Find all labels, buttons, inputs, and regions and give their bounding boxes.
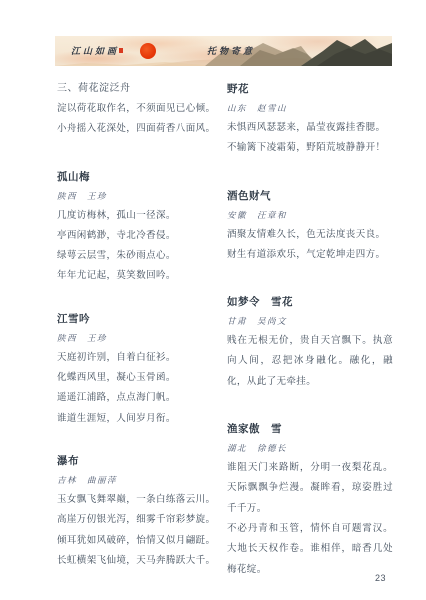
banner-title-center: 托物寄意 [207,44,255,57]
document-page: 江山如画 托物寄意 三、荷花淀泛舟 淀以荷花取作名，不须面见已心倾。 小舟摇入花… [0,0,426,600]
poem-jiangxueyin: 江雪吟 陕西 王珍 天庭初许别，自着白征衫。 化蝶西风里，凝心玉骨函。 遥遥江浦… [57,309,223,429]
poem-line: 未惧西风瑟瑟来，晶莹夜露挂香腮。 [227,118,393,138]
sun-icon [140,43,156,59]
poem-title: 野花 [227,79,393,99]
poem-line: 天庭初许别，自着白征衫。 [57,348,223,368]
left-column: 三、荷花淀泛舟 淀以荷花取作名，不须面见已心倾。 小舟摇入花深处，四面荷香八面风… [57,79,223,593]
poem-yehua: 野花 山东 赵雪山 未惧西风瑟瑟来，晶莹夜露挂香腮。 不输篱下凌霜菊，野陌荒坡静… [227,79,393,159]
poem-line: 高崖万仞银光泻，细雾千帘彩梦旋。 [57,510,223,530]
poem-line: 绿萼云层雪，朱砂雨点心。 [57,246,223,266]
poem-line: 长虹横架飞仙境，天马奔腾跃大千。 [57,551,223,571]
poem-line: 化蝶西风里，凝心玉骨函。 [57,368,223,388]
poem-author: 甘肃 吴尚文 [227,312,393,331]
poem-line: 倾耳犹如风破碎，怡情又似月翩跹。 [57,531,223,551]
red-seal-icon [119,48,123,53]
header-banner: 江山如画 托物寄意 [55,36,392,66]
poem-gushanmei: 孤山梅 陕西 王珍 几度访梅林，孤山一径深。 亭西闲鹤渺，寺北冷香侵。 绿萼云层… [57,167,223,287]
poem-jiusecaiqi: 酒色财气 安徽 汪章和 酒聚友情难久长，色无法度丧天良。 财生有道添欢乐，气定乾… [227,186,393,266]
poem-line: 亭西闲鹤渺，寺北冷香侵。 [57,226,223,246]
poem-title: 江雪吟 [57,309,223,329]
poem-title: 三、荷花淀泛舟 [57,79,223,99]
poem-line: 谁道生涯短，人间岁月衔。 [57,409,223,429]
poem-line: 不输篱下凌霜菊，野陌荒坡静静开！ [227,138,393,158]
poem-paragraph: 贱在无根无价，贵自天宫飘下。执意向人间，忍把冰身融化。融化，融化，从此了无牵挂。 [227,331,393,392]
poem-title: 酒色财气 [227,186,393,206]
poem-author: 山东 赵雪山 [227,99,393,118]
poem-title: 渔家傲 雪 [227,419,393,439]
poem-hehuadian: 三、荷花淀泛舟 淀以荷花取作名，不须面见已心倾。 小舟摇入花深处，四面荷香八面风… [57,79,223,140]
poem-pubu: 瀑布 吉林 曲丽萍 玉女飘飞舞翠巅，一条白练落云川。 高崖万仞银光泻，细雾千帘彩… [57,451,223,571]
poem-title: 瀑布 [57,451,223,471]
page-number: 23 [375,573,386,583]
poem-title: 如梦令 雪花 [227,292,393,312]
poem-line: 玉女飘飞舞翠巅，一条白练落云川。 [57,490,223,510]
poem-yujiaao-xue: 渔家傲 雪 湖北 徐德长 谁阻天门来路断，分明一夜梨花乱。天际飘飘争烂漫。凝眸看… [227,419,393,580]
poem-author: 吉林 曲丽萍 [57,471,223,490]
poem-rumengling-xuehua: 如梦令 雪花 甘肃 吴尚文 贱在无根无价，贵自天宫飘下。执意向人间，忍把冰身融化… [227,292,393,392]
banner-title-left: 江山如画 [71,44,119,57]
poem-line: 小舟摇入花深处，四面荷香八面风。 [57,119,223,139]
poem-title: 孤山梅 [57,167,223,187]
poem-author: 陕西 王珍 [57,187,223,206]
right-column: 野花 山东 赵雪山 未惧西风瑟瑟来，晶莹夜露挂香腮。 不输篱下凌霜菊，野陌荒坡静… [227,79,393,600]
poem-author: 湖北 徐德长 [227,439,393,458]
poem-line: 酒聚友情难久长，色无法度丧天良。 [227,225,393,245]
poem-paragraph: 谁阻天门来路断，分明一夜梨花乱。天际飘飘争烂漫。凝眸看，琼姿胜过千千万。 [227,458,393,519]
poem-line: 遥遥江浦路，点点海门帆。 [57,388,223,408]
poem-line: 几度访梅林，孤山一径深。 [57,206,223,226]
poem-paragraph: 不必丹青和玉管，情怀自可题霄汉。大地长天权作卷。谁相伴，暗香几处梅花绽。 [227,519,393,580]
poem-line: 财生有道添欢乐，气定乾坤走四方。 [227,245,393,265]
poem-author: 陕西 王珍 [57,329,223,348]
poem-author: 安徽 汪章和 [227,206,393,225]
poem-line: 淀以荷花取作名，不须面见已心倾。 [57,99,223,119]
poem-line: 年年尤记起，莫笑数回吟。 [57,266,223,286]
